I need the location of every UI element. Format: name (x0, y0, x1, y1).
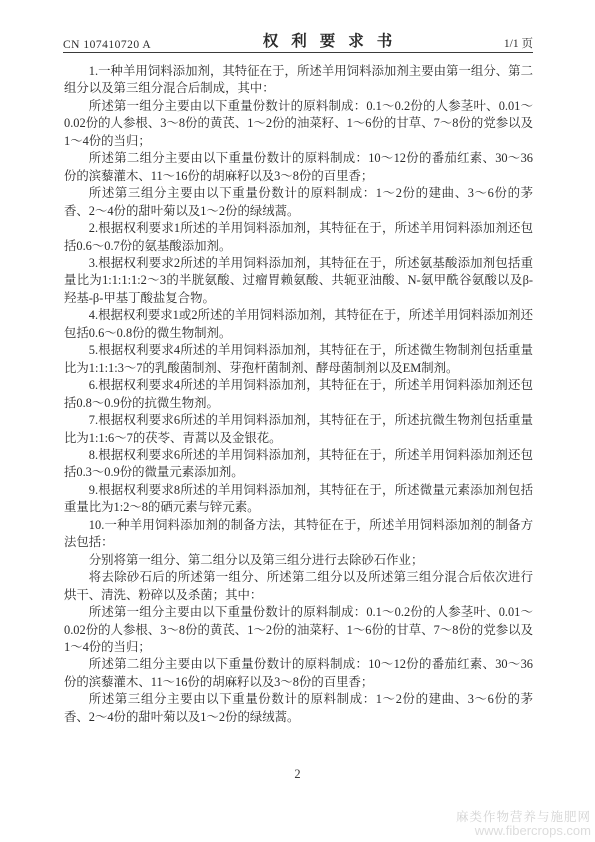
claims-body: 1.一种羊用饲料添加剂，其特征在于，所述羊用饲料添加剂主要由第一组分、第二组分以… (64, 63, 533, 726)
watermark-site-name: 麻类作物营养与施肥网 (456, 810, 591, 824)
claim-paragraph: 所述第一组分主要由以下重量份数计的原料制成：0.1～0.2份的人参茎叶、0.01… (64, 604, 533, 656)
claim-paragraph: 所述第一组分主要由以下重量份数计的原料制成：0.1～0.2份的人参茎叶、0.01… (64, 98, 533, 150)
page-header: CN 107410720 A 权利要求书 1/1 页 (63, 27, 533, 51)
claim-paragraph: 5.根据权利要求4所述的羊用饲料添加剂，其特征在于，所述微生物制剂包括重量比为1… (64, 342, 533, 377)
claim-paragraph: 所述第二组分主要由以下重量份数计的原料制成：10～12份的番茄红素、30～36份… (64, 656, 533, 691)
claim-paragraph: 7.根据权利要求6所述的羊用饲料添加剂，其特征在于，所述抗微生物剂包括重量比为1… (64, 412, 533, 447)
claim-paragraph: 4.根据权利要求1或2所述的羊用饲料添加剂，其特征在于，所述羊用饲料添加剂还包括… (64, 307, 533, 342)
claim-paragraph: 所述第三组分主要由以下重量份数计的原料制成：1～2份的建曲、3～6份的茅香、2～… (64, 691, 533, 726)
claim-paragraph: 10.一种羊用饲料添加剂的制备方法，其特征在于，所述羊用饲料添加剂的制备方法包括… (64, 517, 533, 552)
publication-number: CN 107410720 A (63, 39, 151, 51)
claim-paragraph: 3.根据权利要求2所述的羊用饲料添加剂，其特征在于，所述氨基酸添加剂包括重量比为… (64, 255, 533, 307)
page-number: 2 (0, 767, 595, 782)
claim-paragraph: 1.一种羊用饲料添加剂，其特征在于，所述羊用饲料添加剂主要由第一组分、第二组分以… (64, 63, 533, 98)
claim-paragraph: 分别将第一组分、第二组分以及第三组分进行去除砂石作业； (64, 552, 533, 569)
watermark: 麻类作物营养与施肥网 www.fibercrops.com (456, 810, 591, 838)
claim-paragraph: 6.根据权利要求4所述的羊用饲料添加剂，其特征在于，所述羊用饲料添加剂还包括0.… (64, 377, 533, 412)
watermark-site-url: www.fibercrops.com (456, 824, 591, 838)
claim-paragraph: 所述第二组分主要由以下重量份数计的原料制成：10～12份的番茄红素、30～36份… (64, 150, 533, 185)
claim-paragraph: 2.根据权利要求1所述的羊用饲料添加剂，其特征在于，所述羊用饲料添加剂还包括0.… (64, 220, 533, 255)
document-title: 权利要求书 (250, 29, 406, 51)
claim-paragraph: 9.根据权利要求8所述的羊用饲料添加剂，其特征在于，所述微量元素添加剂包括重量比… (64, 482, 533, 517)
claim-paragraph: 将去除砂石后的所述第一组分、所述第二组分以及所述第三组分混合后依次进行烘干、清洗… (64, 569, 533, 604)
patent-claims-page: CN 107410720 A 权利要求书 1/1 页 1.一种羊用饲料添加剂，其… (0, 0, 595, 842)
claim-paragraph: 8.根据权利要求6所述的羊用饲料添加剂，其特征在于，所述羊用饲料添加剂还包括0.… (64, 447, 533, 482)
page-indicator: 1/1 页 (504, 35, 533, 51)
claim-paragraph: 所述第三组分主要由以下重量份数计的原料制成：1～2份的建曲、3～6份的茅香、2～… (64, 185, 533, 220)
header-divider (63, 52, 533, 53)
